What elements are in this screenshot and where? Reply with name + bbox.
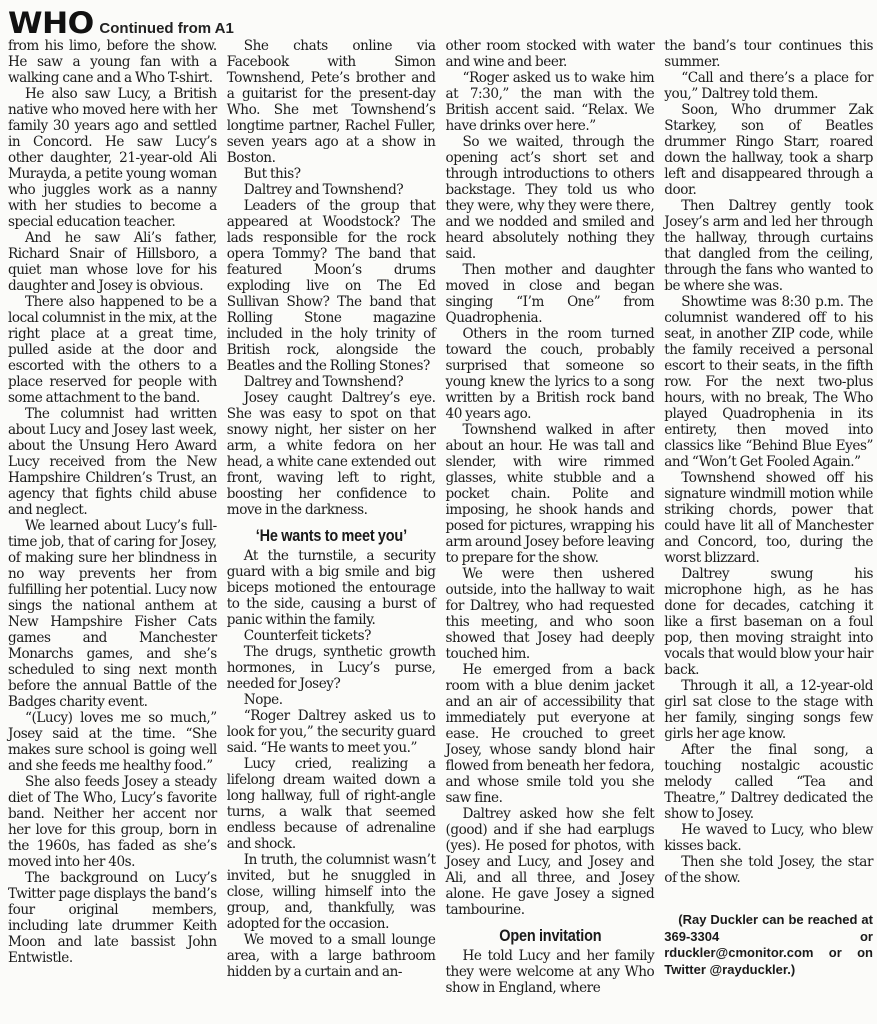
column-2: She chats online via Facebook with Simon…: [227, 38, 436, 1018]
paragraph: We were then ushered outside, into the h…: [446, 566, 655, 662]
paragraph: So we waited, through the opening act’s …: [446, 134, 655, 262]
jump-line: Continued from A1: [99, 20, 233, 37]
paragraph: He told Lucy and her family they were we…: [446, 948, 655, 996]
column-3: other room stocked with water and wine a…: [446, 38, 655, 1018]
paragraph: He waved to Lucy, who blew kisses back.: [664, 822, 873, 854]
paragraph: He emerged from a back room with a blue …: [446, 662, 655, 806]
paragraph: Leaders of the group that appeared at Wo…: [227, 198, 436, 374]
paragraph: from his limo, before the show. He saw a…: [8, 38, 217, 86]
paragraph: After the final song, a touching nostalg…: [664, 742, 873, 822]
paragraph: In truth, the columnist wasn’t invited, …: [227, 852, 436, 932]
paragraph: Then Daltrey gently took Josey’s arm and…: [664, 198, 873, 294]
subheading: ‘He wants to meet you’: [242, 528, 419, 544]
paragraph: “(Lucy) loves me so much,” Josey said at…: [8, 710, 217, 774]
paragraph: She also feeds Josey a steady diet of Th…: [8, 774, 217, 870]
paragraph: Nope.: [227, 692, 436, 708]
paragraph: Daltrey swung his microphone high, as he…: [664, 566, 873, 678]
author-tagline: (Ray Duckler can be reached at 369-3304 …: [664, 912, 873, 978]
paragraph: Through it all, a 12-year-old girl sat c…: [664, 678, 873, 742]
paragraph: Daltrey and Townshend?: [227, 182, 436, 198]
article-body: from his limo, before the show. He saw a…: [8, 38, 873, 1018]
subheading: Open invitation: [461, 928, 638, 944]
paragraph: other room stocked with water and wine a…: [446, 38, 655, 70]
paragraph: Daltrey and Townshend?: [227, 374, 436, 390]
paragraph: Townshend walked in after about an hour.…: [446, 422, 655, 566]
paragraph: At the turnstile, a security guard with …: [227, 548, 436, 628]
paragraph: Soon, Who drummer Zak Starkey, son of Be…: [664, 102, 873, 198]
paragraph: Others in the room turned toward the cou…: [446, 326, 655, 422]
paragraph: Then she told Josey, the star of the sho…: [664, 854, 873, 886]
paragraph: And he saw Ali’s father, Richard Snair o…: [8, 230, 217, 294]
paragraph: Counterfeit tickets?: [227, 628, 436, 644]
paragraph: The background on Lucy’s Twitter page di…: [8, 870, 217, 966]
contact-info: (Ray Duckler can be reached at 369-3304 …: [664, 912, 873, 978]
paragraph: “Roger Daltrey asked us to look for you,…: [227, 708, 436, 756]
column-4: the band’s tour continues this summer. “…: [664, 38, 873, 1018]
section-kicker: WHO: [8, 6, 94, 40]
column-1: from his limo, before the show. He saw a…: [8, 38, 217, 1018]
paragraph: Josey caught Daltrey’s eye. She was easy…: [227, 390, 436, 518]
paragraph: “Roger asked us to wake him at 7:30,” th…: [446, 70, 655, 134]
paragraph: Then mother and daughter moved in close …: [446, 262, 655, 326]
paragraph: There also happened to be a local column…: [8, 294, 217, 406]
paragraph: We moved to a small lounge area, with a …: [227, 932, 436, 980]
paragraph: But this?: [227, 166, 436, 182]
paragraph: She chats online via Facebook with Simon…: [227, 38, 436, 166]
paragraph: The drugs, synthetic growth hormones, in…: [227, 644, 436, 692]
paragraph: Lucy cried, realizing a lifelong dream w…: [227, 756, 436, 852]
paragraph: The columnist had written about Lucy and…: [8, 406, 217, 518]
paragraph: He also saw Lucy, a British native who m…: [8, 86, 217, 230]
paragraph: the band’s tour continues this summer.: [664, 38, 873, 70]
paragraph: Daltrey asked how she felt (good) and if…: [446, 806, 655, 918]
article-header: WHO Continued from A1: [8, 6, 234, 40]
paragraph: “Call and there’s a place for you,” Dalt…: [664, 70, 873, 102]
paragraph: Showtime was 8:30 p.m. The columnist wan…: [664, 294, 873, 470]
paragraph: Townshend showed off his signature windm…: [664, 470, 873, 566]
paragraph: We learned about Lucy’s full-time job, t…: [8, 518, 217, 710]
